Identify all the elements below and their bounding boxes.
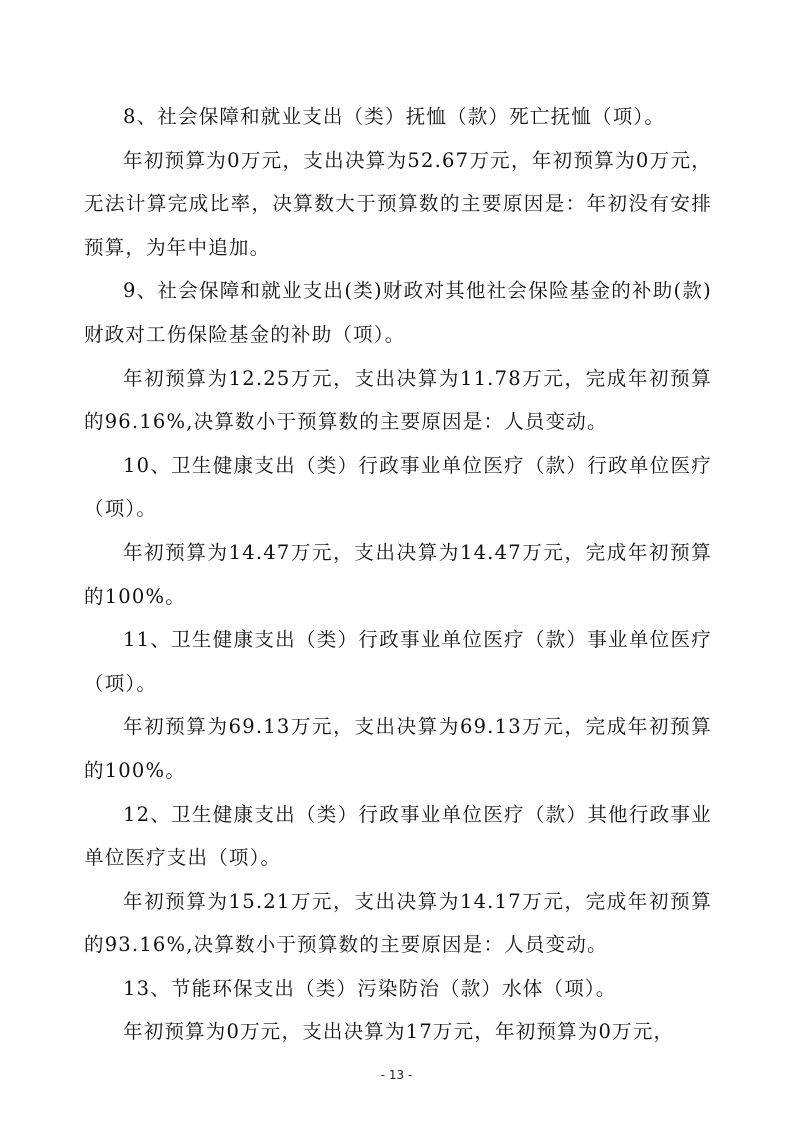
item-9-heading: 9、社会保障和就业支出(类)财政对其他社会保险基金的补助(款)财政对工伤保险基金… <box>84 269 712 356</box>
item-12-body: 年初预算为15.21万元，支出决算为14.17万元，完成年初预算的93.16%,… <box>84 880 712 967</box>
item-11-heading: 11、卫生健康支出（类）行政事业单位医疗（款）事业单位医疗（项）。 <box>84 618 712 705</box>
item-11-body: 年初预算为69.13万元，支出决算为69.13万元，完成年初预算的100%。 <box>84 705 712 792</box>
document-page: 8、社会保障和就业支出（类）抚恤（款）死亡抚恤（项）。 年初预算为0万元，支出决… <box>0 0 793 1122</box>
item-8-body: 年初预算为0万元，支出决算为52.67万元，年初预算为0万元，无法计算完成比率，… <box>84 139 712 270</box>
item-13-heading: 13、节能环保支出（类）污染防治（款）水体（项）。 <box>84 967 712 1011</box>
item-13-body: 年初预算为0万元，支出决算为17万元，年初预算为0万元， <box>84 1010 712 1054</box>
document-body: 8、社会保障和就业支出（类）抚恤（款）死亡抚恤（项）。 年初预算为0万元，支出决… <box>84 95 712 1054</box>
item-12-heading: 12、卫生健康支出（类）行政事业单位医疗（款）其他行政事业单位医疗支出（项）。 <box>84 793 712 880</box>
item-8-heading: 8、社会保障和就业支出（类）抚恤（款）死亡抚恤（项）。 <box>84 95 712 139</box>
item-10-heading: 10、卫生健康支出（类）行政事业单位医疗（款）行政单位医疗（项）。 <box>84 444 712 531</box>
item-9-body: 年初预算为12.25万元，支出决算为11.78万元，完成年初预算的96.16%,… <box>84 357 712 444</box>
item-10-body: 年初预算为14.47万元，支出决算为14.47万元，完成年初预算的100%。 <box>84 531 712 618</box>
page-number: - 13 - <box>0 1068 793 1082</box>
